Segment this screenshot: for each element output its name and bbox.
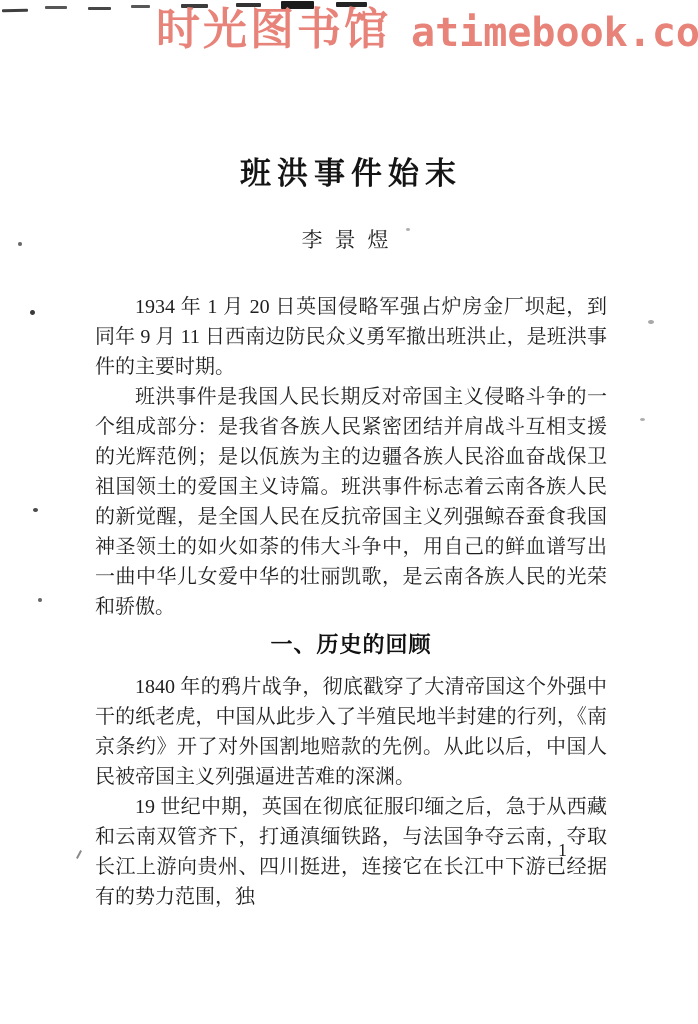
paragraph: 1934 年 1 月 20 日英国侵略军强占炉房金厂坝起，到同年 9 月 11 … bbox=[95, 292, 607, 382]
scan-speck bbox=[33, 508, 38, 512]
scanned-page: 时光图书馆atimebook.com 班洪事件始末 李景煜 1934 年 1 月… bbox=[0, 0, 698, 1024]
scan-fold-dash bbox=[88, 7, 111, 10]
scan-speck bbox=[648, 320, 654, 324]
article-body: 1934 年 1 月 20 日英国侵略军强占炉房金厂坝起，到同年 9 月 11 … bbox=[95, 292, 607, 912]
paragraph: 1840 年的鸦片战争，彻底戳穿了大清帝国这个外强中干的纸老虎，中国从此步入了半… bbox=[95, 672, 607, 792]
article-author: 李景煜 bbox=[95, 224, 607, 254]
scan-fold-dash bbox=[131, 5, 150, 8]
scan-speck bbox=[640, 418, 645, 421]
section-heading: 一、历史的回顾 bbox=[95, 632, 607, 660]
paragraph: 19 世纪中期，英国在彻底征服印缅之后，急于从西藏和云南双管齐下，打通滇缅铁路，… bbox=[95, 792, 607, 912]
scan-speck bbox=[76, 850, 82, 859]
scan-fold-dash bbox=[2, 9, 28, 12]
scan-speck bbox=[30, 310, 35, 315]
paragraph: 班洪事件是我国人民长期反对帝国主义侵略斗争的一个组成部分：是我省各族人民紧密团结… bbox=[95, 382, 607, 622]
article-title: 班洪事件始末 bbox=[95, 148, 607, 193]
watermark-site-url: atimebook.com bbox=[411, 11, 698, 55]
watermark-header: 时光图书馆atimebook.com bbox=[156, 6, 698, 55]
scan-speck bbox=[38, 598, 42, 602]
scan-fold-dash bbox=[45, 6, 67, 9]
watermark-site-name: 时光图书馆 bbox=[156, 6, 391, 54]
scan-speck bbox=[18, 242, 22, 246]
page-number: 1 bbox=[558, 840, 567, 861]
